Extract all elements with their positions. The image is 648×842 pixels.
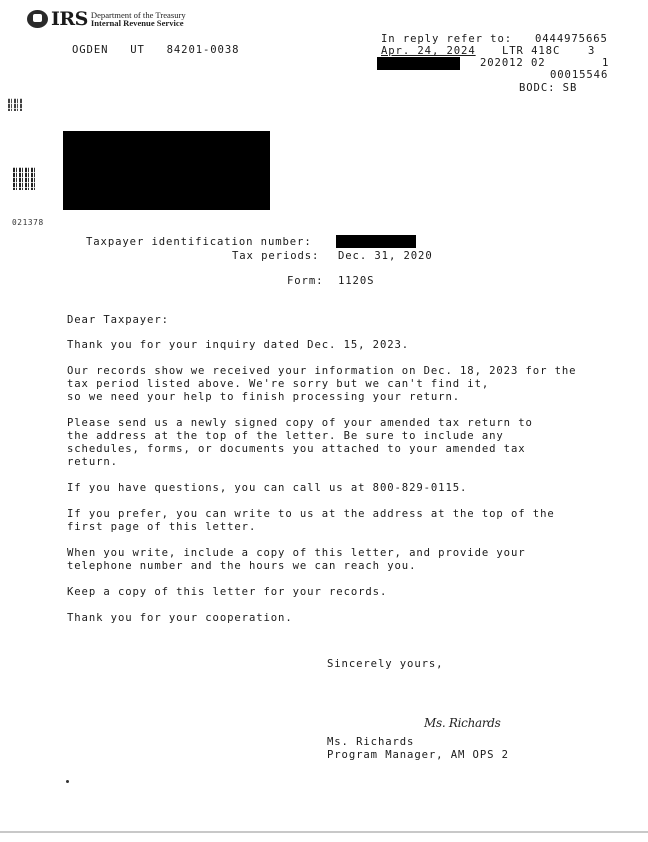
paragraph-line: When you write, include a copy of this l…	[67, 547, 526, 560]
handwritten-signature: Ms. Richards	[424, 716, 501, 730]
redacted-recipient-address	[63, 131, 270, 210]
agency-abbrev: IRS	[51, 10, 88, 28]
letter-paragraph: If you prefer, you can write to us at th…	[67, 508, 555, 534]
letter-paragraph: Our records show we received your inform…	[67, 365, 576, 404]
paragraph-line: tax period listed above. We're sorry but…	[67, 378, 576, 391]
salutation: Dear Taxpayer:	[67, 314, 169, 327]
irs-seal-icon	[27, 10, 48, 28]
paragraph-line: Our records show we received your inform…	[67, 365, 576, 378]
letter-paragraph: If you have questions, you can call us a…	[67, 482, 467, 495]
paragraph-line: Please send us a newly signed copy of yo…	[67, 417, 533, 430]
paragraph-line: so we need your help to finish processin…	[67, 391, 576, 404]
paragraph-line: first page of this letter.	[67, 521, 555, 534]
letter-paragraph: Thank you for your inquiry dated Dec. 15…	[67, 339, 409, 352]
irs-logo: IRS Department of the Treasury Internal …	[27, 10, 186, 28]
paragraph-line: schedules, forms, or documents you attac…	[67, 443, 533, 456]
letter-paragraph: Please send us a newly signed copy of yo…	[67, 417, 533, 469]
paragraph-line: telephone number and the hours we can re…	[67, 560, 526, 573]
return-address: OGDEN UT 84201-0038	[72, 44, 239, 57]
signer-name: Ms. Richards	[327, 736, 414, 749]
signer-title: Program Manager, AM OPS 2	[327, 749, 509, 762]
paragraph-line: return.	[67, 456, 533, 469]
redacted-block	[377, 57, 460, 70]
tax-periods-value: Dec. 31, 2020	[338, 250, 433, 263]
letter-paragraph: Keep a copy of this letter for your reco…	[67, 586, 387, 599]
tax-periods-label: Tax periods:	[232, 250, 319, 263]
form-label: Form:	[287, 275, 323, 288]
stray-mark	[66, 780, 69, 783]
paragraph-line: Keep a copy of this letter for your reco…	[67, 586, 387, 599]
paragraph-line: If you prefer, you can write to us at th…	[67, 508, 555, 521]
agency-line-2: Internal Revenue Service	[91, 19, 186, 27]
form-value: 1120S	[338, 275, 374, 288]
letter-code: 3	[588, 45, 595, 58]
paragraph-line: If you have questions, you can call us a…	[67, 482, 467, 495]
control-number: 00015546	[550, 69, 608, 82]
agency-name: Department of the Treasury Internal Reve…	[91, 11, 186, 28]
letter-paragraph: When you write, include a copy of this l…	[67, 547, 526, 573]
paragraph-line: Thank you for your cooperation.	[67, 612, 293, 625]
barcode-small-icon	[8, 98, 22, 111]
period-code: 202012 02	[480, 57, 546, 70]
tin-redacted	[336, 235, 416, 248]
tin-label: Taxpayer identification number:	[86, 236, 312, 249]
letter-paragraph: Thank you for your cooperation.	[67, 612, 293, 625]
closing: Sincerely yours,	[327, 658, 443, 671]
bodc-code: BODC: SB	[519, 82, 577, 95]
sequence-number: 021378	[12, 216, 44, 229]
page-edge	[0, 831, 648, 833]
paragraph-line: the address at the top of the letter. Be…	[67, 430, 533, 443]
barcode-large-icon	[13, 167, 36, 190]
paragraph-line: Thank you for your inquiry dated Dec. 15…	[67, 339, 409, 352]
